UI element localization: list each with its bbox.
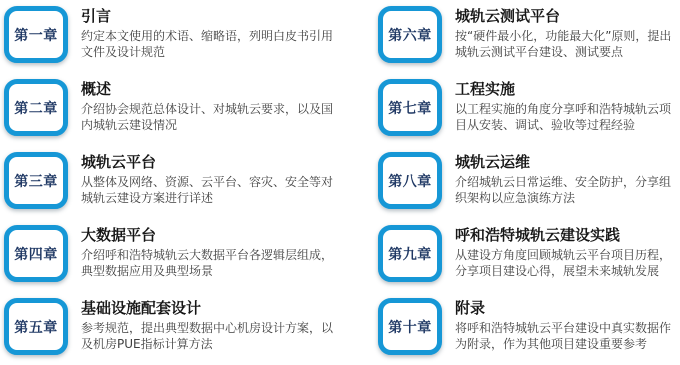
- chapter-9-description: 从建设方角度回顾城轨云平台项目历程，分享项目建设心得，展望未来城轨发展: [455, 247, 674, 279]
- whitepaper-chapter-overview: 第一章 引言 约定本文使用的术语、缩略语，列明白皮书引用文件及设计规范 第二章 …: [0, 0, 680, 365]
- chapter-6-title: 城轨云测试平台: [455, 6, 674, 26]
- chapter-item-7: 第七章 工程实施 以工程实施的角度分享呼和浩特城轨云项目从安装、调试、验收等过程…: [340, 78, 680, 151]
- chapter-1-title: 引言: [81, 6, 334, 26]
- chapter-4-title: 大数据平台: [81, 225, 334, 245]
- chapter-7-title: 工程实施: [455, 79, 674, 99]
- chapter-5-description: 参考规范，提出典型数据中心机房设计方案，以及机房PUE指标计算方法: [81, 320, 334, 352]
- chapter-1-text: 引言 约定本文使用的术语、缩略语，列明白皮书引用文件及设计规范: [81, 5, 334, 60]
- chapter-6-description: 按“硬件最小化，功能最大化”原则，提出城轨云测试平台建设、测试要点: [455, 28, 674, 60]
- chapter-4-description: 介绍呼和浩特城轨云大数据平台各逻辑层组成，典型数据应用及典型场景: [81, 247, 334, 279]
- chapter-10-text: 附录 将呼和浩特城轨云平台建设中真实数据作为附录，作为其他项目建设重要参考: [455, 297, 674, 352]
- chapter-3-badge: 第三章: [4, 152, 68, 209]
- chapter-grid: 第一章 引言 约定本文使用的术语、缩略语，列明白皮书引用文件及设计规范 第二章 …: [0, 0, 680, 365]
- chapter-5-title: 基础设施配套设计: [81, 298, 334, 318]
- chapter-2-badge: 第二章: [4, 79, 68, 136]
- chapter-item-8: 第八章 城轨云运维 介绍城轨云日常运维、安全防护，分享组织架构以应急演练方法: [340, 151, 680, 224]
- chapter-7-badge: 第七章: [378, 79, 442, 136]
- chapter-item-3: 第三章 城轨云平台 从整体及网络、资源、云平台、容灾、安全等对城轨云建设方案进行…: [0, 151, 340, 224]
- chapter-3-text: 城轨云平台 从整体及网络、资源、云平台、容灾、安全等对城轨云建设方案进行详述: [81, 151, 334, 206]
- chapter-10-badge: 第十章: [378, 298, 442, 355]
- chapter-3-description: 从整体及网络、资源、云平台、容灾、安全等对城轨云建设方案进行详述: [81, 174, 334, 206]
- chapter-2-text: 概述 介绍协会规范总体设计、对城轨云要求，以及国内城轨云建设情况: [81, 78, 334, 133]
- chapter-item-2: 第二章 概述 介绍协会规范总体设计、对城轨云要求，以及国内城轨云建设情况: [0, 78, 340, 151]
- chapter-1-description: 约定本文使用的术语、缩略语，列明白皮书引用文件及设计规范: [81, 28, 334, 60]
- chapter-6-text: 城轨云测试平台 按“硬件最小化，功能最大化”原则，提出城轨云测试平台建设、测试要…: [455, 5, 674, 60]
- chapter-10-title: 附录: [455, 298, 674, 318]
- chapter-5-text: 基础设施配套设计 参考规范，提出典型数据中心机房设计方案，以及机房PUE指标计算…: [81, 297, 334, 352]
- chapter-9-badge: 第九章: [378, 225, 442, 282]
- chapter-item-10: 第十章 附录 将呼和浩特城轨云平台建设中真实数据作为附录，作为其他项目建设重要参…: [340, 297, 680, 365]
- chapter-2-title: 概述: [81, 79, 334, 99]
- chapter-item-5: 第五章 基础设施配套设计 参考规范，提出典型数据中心机房设计方案，以及机房PUE…: [0, 297, 340, 365]
- chapter-8-text: 城轨云运维 介绍城轨云日常运维、安全防护，分享组织架构以应急演练方法: [455, 151, 674, 206]
- chapter-item-9: 第九章 呼和浩特城轨云建设实践 从建设方角度回顾城轨云平台项目历程，分享项目建设…: [340, 224, 680, 297]
- chapter-4-text: 大数据平台 介绍呼和浩特城轨云大数据平台各逻辑层组成，典型数据应用及典型场景: [81, 224, 334, 279]
- chapter-5-badge: 第五章: [4, 298, 68, 355]
- chapter-1-badge: 第一章: [4, 6, 68, 63]
- chapter-item-1: 第一章 引言 约定本文使用的术语、缩略语，列明白皮书引用文件及设计规范: [0, 5, 340, 78]
- chapter-8-badge: 第八章: [378, 152, 442, 209]
- chapter-7-description: 以工程实施的角度分享呼和浩特城轨云项目从安装、调试、验收等过程经验: [455, 101, 674, 133]
- chapter-2-description: 介绍协会规范总体设计、对城轨云要求，以及国内城轨云建设情况: [81, 101, 334, 133]
- chapter-8-title: 城轨云运维: [455, 152, 674, 172]
- chapter-9-title: 呼和浩特城轨云建设实践: [455, 225, 674, 245]
- chapter-3-title: 城轨云平台: [81, 152, 334, 172]
- chapter-10-description: 将呼和浩特城轨云平台建设中真实数据作为附录，作为其他项目建设重要参考: [455, 320, 674, 352]
- chapter-4-badge: 第四章: [4, 225, 68, 282]
- chapter-7-text: 工程实施 以工程实施的角度分享呼和浩特城轨云项目从安装、调试、验收等过程经验: [455, 78, 674, 133]
- chapter-6-badge: 第六章: [378, 6, 442, 63]
- chapter-9-text: 呼和浩特城轨云建设实践 从建设方角度回顾城轨云平台项目历程，分享项目建设心得，展…: [455, 224, 674, 279]
- chapter-8-description: 介绍城轨云日常运维、安全防护，分享组织架构以应急演练方法: [455, 174, 674, 206]
- chapter-item-4: 第四章 大数据平台 介绍呼和浩特城轨云大数据平台各逻辑层组成，典型数据应用及典型…: [0, 224, 340, 297]
- chapter-item-6: 第六章 城轨云测试平台 按“硬件最小化，功能最大化”原则，提出城轨云测试平台建设…: [340, 5, 680, 78]
